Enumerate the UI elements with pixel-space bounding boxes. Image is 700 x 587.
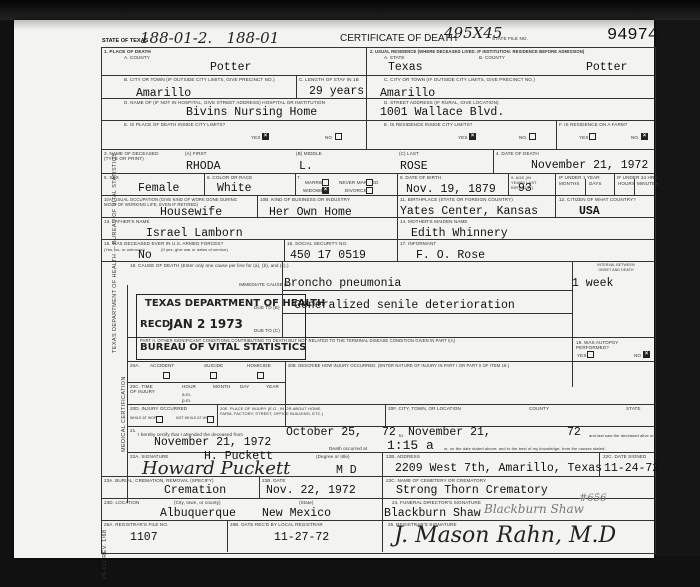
interval-label: INTERVAL BETWEEN ONSET AND DEATH	[594, 263, 638, 273]
scan-border-right	[654, 20, 700, 558]
divider	[382, 476, 383, 552]
armed-forces-sub-b: (If yes, give war or dates of service)	[161, 247, 228, 252]
manner-accident-checkbox[interactable]	[163, 372, 170, 379]
res-inside-no-checkbox[interactable]	[529, 133, 536, 140]
divider	[382, 452, 383, 476]
divider	[295, 173, 296, 195]
res-inside-no-label: NO	[519, 135, 526, 140]
divider	[101, 520, 654, 521]
divider	[217, 404, 218, 426]
death-certificate-page: STATE OF TEXAS 188-01-2. 188-01 CERTIFIC…	[14, 20, 654, 558]
last-seen-value: November 21, 1972	[154, 437, 271, 449]
cert-item-label: 21.	[130, 428, 137, 433]
ssn-label: 16. SOCIAL SECURITY NO.	[287, 241, 348, 246]
injury-location-label: 20f. CITY, TOWN, OR LOCATION	[388, 406, 461, 411]
sidebar-form-number: VS-112 REV. 1/68	[102, 530, 108, 580]
sex-value: Female	[138, 183, 179, 195]
hours-label: Hours	[618, 181, 635, 186]
res-street-label: d. STREET ADDRESS (If rural, give locati…	[384, 100, 499, 105]
autopsy-label: 19. WAS AUTOPSY PERFORMED?	[576, 340, 646, 350]
registrar-file-label: 25a. REGISTRAR'S FILE NO.	[104, 522, 168, 527]
disposition-date-label: 23b. DATE	[262, 478, 286, 483]
location-label: 23d. LOCATION	[104, 500, 139, 505]
divider	[101, 476, 654, 477]
injury-county-label: COUNTY	[529, 406, 549, 411]
res-inside-yes-checkbox[interactable]: ×	[469, 133, 476, 140]
first-name-label: (a) First	[185, 151, 207, 156]
funeral-director-label: 24. FUNERAL DIRECTOR'S SIGNATURE	[392, 500, 481, 505]
autopsy-yes-label: YES	[577, 353, 587, 358]
name-label: 3. NAME OF DECEASED (Type or print)	[104, 151, 164, 161]
funeral-director-note: #656	[579, 493, 606, 504]
pod-county-label: a. COUNTY	[124, 55, 150, 60]
informant-label: 17. INFORMANT	[400, 241, 436, 246]
marital-married-checkbox[interactable]	[322, 179, 329, 186]
pod-inside-no-checkbox[interactable]	[335, 133, 342, 140]
divider	[282, 290, 572, 291]
divider	[285, 361, 286, 426]
divider	[555, 173, 556, 195]
pod-inside-yes-label: YES	[251, 135, 261, 140]
divider	[101, 98, 366, 99]
divider	[127, 404, 654, 405]
not-while-at-work-checkbox[interactable]	[207, 416, 214, 423]
sex-label: 5. SEX	[104, 175, 119, 180]
manner-homicide-label: HOMICIDE	[247, 363, 271, 368]
divider	[101, 120, 654, 121]
under-24-hrs-label: IF UNDER 24 HRS.	[617, 175, 659, 180]
death-occurred-label: Death occurred at	[329, 446, 367, 451]
pod-stay-value: 29 years	[309, 86, 364, 98]
first-name-value: RHODA	[186, 161, 221, 173]
describe-injury-label: 20b. DESCRIBE HOW INJURY OCCURRED. (Ente…	[288, 363, 509, 368]
due-to-b-value: Generalized senile deterioration	[294, 300, 515, 312]
cause-section-label: 18. CAUSE OF DEATH (Enter only one cause…	[130, 263, 289, 268]
attended-to-year: 72	[567, 427, 581, 439]
business-label: 10b. KIND OF BUSINESS OR INDUSTRY	[260, 197, 350, 202]
days-label: Days	[589, 181, 602, 186]
funeral-director-signature: Blackburn Shaw	[484, 502, 584, 516]
birthplace-label: 11. BIRTHPLACE (State or foreign country…	[400, 197, 513, 202]
stamp-line3: BUREAU OF VITAL STATISTICS	[140, 342, 306, 353]
divider	[296, 75, 297, 98]
res-county-value: Potter	[586, 62, 627, 74]
medical-divider	[127, 285, 128, 503]
divider	[284, 239, 285, 261]
manner-homicide-checkbox[interactable]	[257, 372, 264, 379]
location-state-label: (State)	[299, 500, 314, 505]
divider	[257, 195, 258, 217]
sidebar-department-text: TEXAS DEPARTMENT OF HEALTH — BUREAU OF V…	[112, 153, 118, 353]
date-of-death-label: 4. DATE OF DEATH	[496, 151, 539, 156]
autopsy-no-checkbox[interactable]: ×	[643, 351, 650, 358]
manner-suicide-label: SUICIDE	[204, 363, 223, 368]
res-street-value: 1001 Wallace Blvd.	[380, 107, 504, 119]
pod-county-value: Potter	[210, 62, 251, 74]
race-label: 6. COLOR OR RACE	[207, 175, 252, 180]
autopsy-no-label: NO	[634, 353, 641, 358]
under-1-year-label: IF UNDER 1 YEAR	[559, 175, 600, 180]
last-name-label: (c) Last	[399, 151, 419, 156]
armed-forces-label: 15. WAS DECEASED EVER IN U.S. ARMED FORC…	[104, 241, 223, 246]
res-farm-label: f. IS RESIDENCE ON A FARM?	[559, 122, 627, 127]
manner-suicide-checkbox[interactable]	[210, 372, 217, 379]
header-state-codes: 188-01-2. 188-01	[140, 29, 279, 47]
death-time-value: 1:15 a	[387, 440, 434, 452]
race-value: White	[217, 183, 252, 195]
divider	[366, 98, 654, 99]
received-stamp: TEXAS DEPARTMENT OF HEALTH RECD JAN 2 19…	[136, 294, 306, 360]
divider	[227, 520, 228, 552]
location-state-value: New Mexico	[262, 508, 331, 520]
mother-label: 14. MOTHER'S MAIDEN NAME	[400, 219, 468, 224]
pod-inside-limits-label: e. IS PLACE OF DEATH INSIDE CITY LIMITS?	[124, 122, 225, 127]
while-at-work-checkbox[interactable]	[156, 416, 163, 423]
divider	[585, 179, 586, 195]
date-of-death-value: November 21, 1972	[531, 160, 648, 172]
time-pm-label: p.m.	[182, 398, 191, 403]
registrar-signature: J. Mason Rahn, M.D	[394, 523, 616, 548]
degree-label: (Degree or title)	[316, 454, 350, 459]
divider	[397, 173, 398, 195]
manner-accident-label: ACCIDENT	[150, 363, 174, 368]
certificate-title: CERTIFICATE OF DEATH	[340, 33, 457, 44]
last-name-value: ROSE	[400, 161, 428, 173]
divider	[508, 173, 509, 195]
divider	[282, 313, 572, 314]
divider	[127, 382, 285, 383]
stamp-date: JAN 2 1973	[169, 317, 243, 331]
marital-never-married-checkbox[interactable]	[366, 179, 373, 186]
res-city-label: c. CITY OR TOWN (If outside city limits,…	[384, 77, 535, 82]
cemetery-value: Strong Thorn Crematory	[396, 485, 548, 497]
res-state-value: Texas	[388, 62, 423, 74]
date-signed-value: 11-24-72	[604, 463, 659, 475]
divider	[101, 217, 654, 218]
divider	[634, 179, 635, 195]
time-hour-label: Hour	[182, 384, 196, 389]
injury-occurred-label: 20d. INJURY OCCURRED	[130, 406, 187, 411]
months-label: Months	[559, 181, 580, 186]
while-at-work-label: WHILE AT WORK	[130, 416, 159, 421]
divider	[101, 195, 654, 196]
injury-state-label: STATE	[626, 406, 641, 411]
divider	[366, 75, 654, 76]
res-farm-yes-checkbox[interactable]	[589, 133, 596, 140]
res-county-label: b. COUNTY	[479, 55, 505, 60]
res-farm-yes-label: YES	[579, 135, 589, 140]
location-city-value: Albuquerque	[160, 508, 236, 520]
pod-inside-yes-checkbox[interactable]: ×	[262, 133, 269, 140]
divider	[127, 361, 654, 362]
time-month-label: Month	[213, 384, 230, 389]
residence-label: 2. USUAL RESIDENCE (Where deceased lived…	[370, 49, 584, 54]
registrar-file-value: 1107	[130, 532, 158, 544]
marital-label: 7.	[297, 175, 301, 180]
cemetery-label: 23c. NAME OF CEMETERY OR CREMATORY	[386, 478, 486, 483]
address-value: 2209 West 7th, Amarillo, Texas	[395, 463, 602, 475]
res-inside-yes-label: YES	[458, 135, 468, 140]
age-value: 93	[518, 183, 532, 195]
disposition-method-label: 23a. BURIAL, CREMATION, REMOVAL (Specify…	[104, 478, 214, 483]
date-received-label: 26b. DATE REC'D BY LOCAL REGISTRAR	[230, 522, 323, 527]
location-city-label: (City, town, or county)	[174, 500, 221, 505]
divider	[614, 173, 615, 195]
time-of-injury-label: 20c. TIME OF INJURY	[130, 384, 160, 394]
pod-institution-value: Bivins Nursing Home	[186, 107, 317, 119]
pod-inside-no-label: NO	[325, 135, 332, 140]
divider	[101, 498, 654, 499]
attended-from-value: October 25,	[286, 427, 362, 439]
citizen-label: 12. CITIZEN OF WHAT COUNTRY?	[559, 197, 636, 202]
divider	[204, 173, 205, 195]
date-signed-label: 22c. DATE SIGNED	[603, 454, 646, 459]
divider	[101, 75, 366, 76]
divider	[101, 149, 654, 150]
res-inside-limits-label: e. IS RESIDENCE INSIDE CITY LIMITS?	[384, 122, 472, 127]
stamp-line2: RECD	[140, 319, 170, 330]
marital-divorced-checkbox[interactable]	[366, 187, 373, 194]
divider	[385, 404, 386, 426]
res-farm-no-label: NO	[631, 135, 638, 140]
divider	[556, 120, 557, 149]
middle-name-value: L.	[299, 161, 313, 173]
father-label: 13. FATHER'S NAME	[104, 219, 150, 224]
divider	[493, 149, 494, 173]
dob-label: 8. DATE OF BIRTH	[400, 175, 441, 180]
pod-city-label: b. CITY OR TOWN (If outside city limits,…	[124, 77, 275, 82]
divider	[555, 195, 556, 217]
pod-institution-label: d. NAME OF (If not in hospital, give str…	[124, 100, 325, 105]
pod-stay-label: c. LENGTH OF STAY in 1b	[299, 77, 359, 82]
divider	[259, 476, 260, 498]
funeral-director-value: Blackburn Shaw	[384, 508, 481, 520]
disposition-date-value: Nov. 22, 1972	[266, 485, 356, 497]
cert-text-b: and last saw the deceased alive on	[589, 433, 655, 438]
disposition-method-value: Cremation	[164, 485, 226, 497]
stamp-line1: TEXAS DEPARTMENT OF HEALTH	[145, 298, 325, 309]
divider	[599, 452, 600, 476]
time-day-label: Day	[240, 384, 249, 389]
cert-text-c: m, on the date stated above; and to the …	[444, 446, 606, 451]
manner-label: 20a.	[130, 363, 140, 368]
autopsy-yes-checkbox[interactable]	[587, 351, 594, 358]
time-year-label: Year	[266, 384, 279, 389]
minutes-label: Minutes	[637, 181, 658, 186]
marital-widowed-checkbox[interactable]: ×	[322, 187, 329, 194]
address-label: 22b. ADDRESS	[386, 454, 420, 459]
state-file-number: 94974	[607, 30, 658, 42]
divider	[101, 239, 654, 240]
immediate-cause-value: Broncho pneumonia	[284, 278, 401, 290]
interval-value: 1 week	[572, 278, 613, 290]
date-received-value: 11-27-72	[274, 532, 329, 544]
scan-border-left	[0, 20, 14, 558]
middle-name-label: (b) Middle	[296, 151, 322, 156]
divider	[397, 195, 398, 261]
divider	[101, 173, 654, 174]
res-state-label: a. STATE	[384, 55, 405, 60]
time-am-label: a.m.	[182, 392, 191, 397]
state-file-label: STATE FILE NO.	[492, 36, 528, 41]
place-of-death-label: 1. PLACE OF DEATH	[104, 49, 151, 54]
place-of-injury-label: 20e. PLACE OF INJURY (e.g., in or about …	[220, 406, 335, 416]
res-farm-no-checkbox[interactable]: ×	[641, 133, 648, 140]
